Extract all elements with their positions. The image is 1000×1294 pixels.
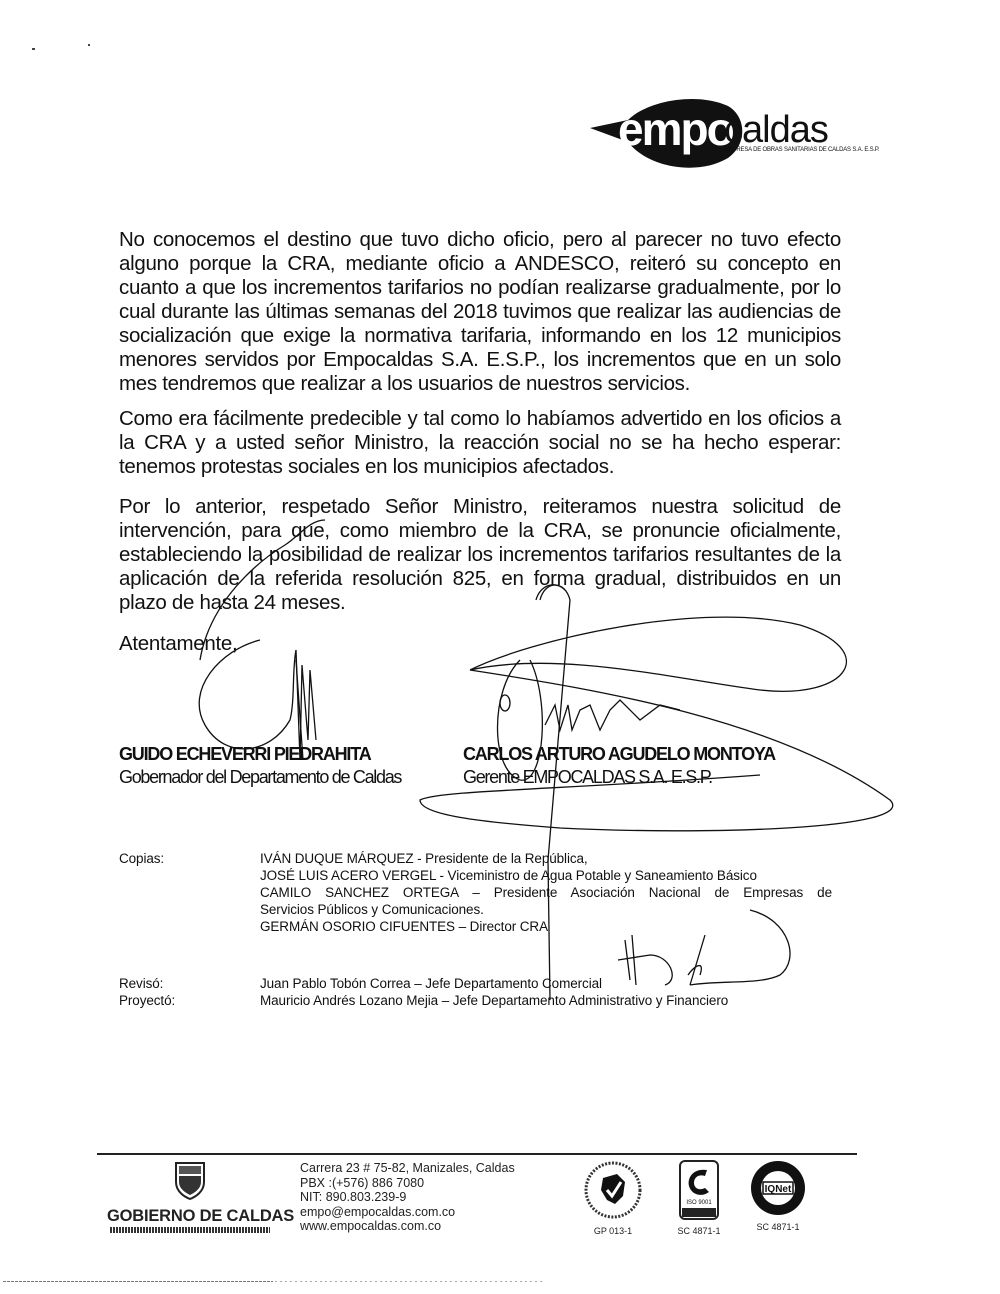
gobierno-tagline [110, 1227, 270, 1233]
empocaldas-logo: empo caldas EMPRESA DE OBRAS SANITARIAS … [588, 92, 838, 172]
reviewed-by-value: Juan Pablo Tobón Correa – Jefe Departame… [260, 975, 728, 992]
logo-empo-text: empo [618, 106, 733, 152]
signer-title: Gerente EMPOCALDAS S.A. E.S.P. [463, 766, 775, 789]
copies-list: IVÁN DUQUE MÁRQUEZ - Presidente de la Re… [260, 850, 832, 935]
cert-code: SC 4871-1 [674, 1226, 724, 1236]
logo-caldas-text: caldas [724, 110, 828, 150]
cert-code: SC 4871-1 [748, 1222, 808, 1232]
gobierno-name: GOBIERNO DE CALDAS [107, 1207, 272, 1226]
copy-line: CAMILO SANCHEZ ORTEGA – Presidente Asoci… [260, 884, 832, 901]
colombia-seal-icon [583, 1160, 643, 1220]
cert-code: GP 013-1 [578, 1226, 648, 1236]
paragraph-1: No conocemos el destino que tuvo dicho o… [119, 228, 841, 396]
scan-edge-line [275, 1281, 545, 1282]
gobierno-de-caldas-logo: GOBIERNO DE CALDAS [107, 1160, 272, 1233]
copy-line: IVÁN DUQUE MÁRQUEZ - Presidente de la Re… [260, 850, 832, 867]
footer-divider [97, 1153, 857, 1155]
svg-text:ISO 9001: ISO 9001 [686, 1200, 712, 1206]
iqnet-icon: IQNet [750, 1160, 806, 1216]
copy-line: GERMÁN OSORIO CIFUENTES – Director CRA [260, 918, 832, 935]
email-link[interactable]: empo@empocaldas.com.co [300, 1205, 515, 1220]
signature-block-manager: CARLOS ARTURO AGUDELO MONTOYA Gerente EM… [463, 743, 775, 789]
certification-iqnet: IQNet SC 4871-1 [748, 1160, 808, 1232]
drafted-by-value: Mauricio Andrés Lozano Mejia – Jefe Depa… [260, 992, 728, 1009]
signer-name: CARLOS ARTURO AGUDELO MONTOYA [463, 743, 775, 766]
drafted-by-label: Proyectó: [119, 992, 175, 1009]
review-values: Juan Pablo Tobón Correa – Jefe Departame… [260, 975, 728, 1009]
copy-line: JOSÉ LUIS ACERO VERGEL - Viceministro de… [260, 867, 832, 884]
closing: Atentamente, [119, 632, 237, 656]
scan-edge-line [3, 1281, 273, 1282]
copies-label: Copias: [119, 850, 164, 867]
copy-line: Servicios Públicos y Comunicaciones. [260, 901, 832, 918]
signature-block-governor: GUIDO ECHEVERRI PIEDRAHITA Gobernador de… [119, 743, 401, 789]
signer-name: GUIDO ECHEVERRI PIEDRAHITA [119, 743, 401, 766]
coat-of-arms-icon [173, 1160, 207, 1200]
contact-info: Carrera 23 # 75-82, Manizales, Caldas PB… [300, 1161, 515, 1234]
paragraph-2: Como era fácilmente predecible y tal com… [119, 407, 841, 479]
address: Carrera 23 # 75-82, Manizales, Caldas [300, 1161, 515, 1176]
review-labels: Revisó: Proyectó: [119, 975, 175, 1009]
scan-artifacts [30, 40, 100, 50]
phone: PBX :(+576) 886 7080 [300, 1176, 515, 1191]
website-link[interactable]: www.empocaldas.com.co [300, 1219, 515, 1234]
paragraph-3: Por lo anterior, respetado Señor Ministr… [119, 495, 841, 615]
icontec-iso9001-icon: ISO 9001 [679, 1160, 719, 1220]
certification-colombia: GP 013-1 [578, 1160, 648, 1236]
certification-icontec: ISO 9001 SC 4871-1 [674, 1160, 724, 1236]
nit: NIT: 890.803.239-9 [300, 1190, 515, 1205]
reviewed-by-label: Revisó: [119, 975, 175, 992]
signer-title: Gobernador del Departamento de Caldas [119, 766, 401, 789]
svg-text:IQNet: IQNet [765, 1184, 792, 1195]
logo-tagline: EMPRESA DE OBRAS SANITARIAS DE CALDAS S.… [724, 147, 879, 153]
